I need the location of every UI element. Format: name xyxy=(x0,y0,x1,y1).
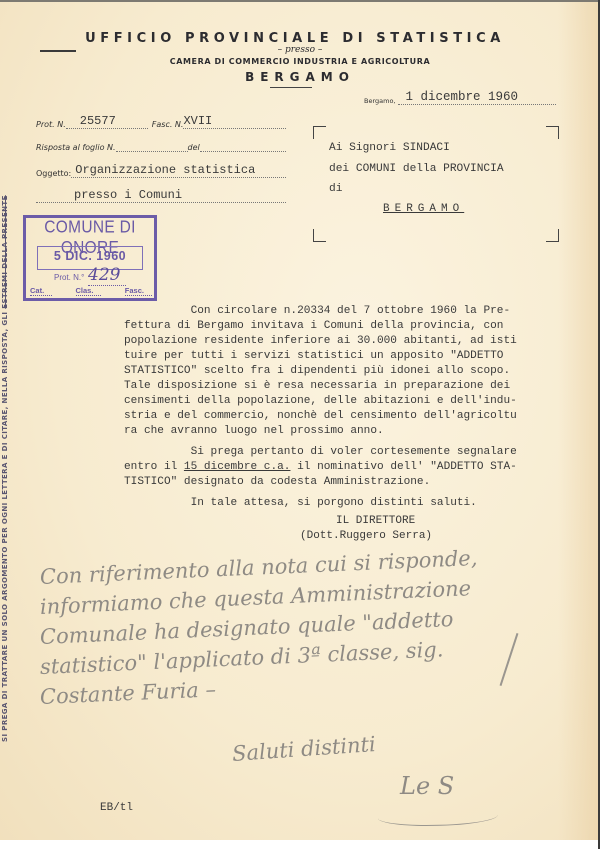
risposta-label: Risposta al foglio N. xyxy=(36,143,116,152)
handwritten-reply: Con riferimento alla nota cui si rispond… xyxy=(40,562,580,712)
handwritten-initials: Le S xyxy=(400,772,454,800)
body-line: TISTICO" designato da codesta Amministra… xyxy=(124,475,564,490)
subject-field: Oggetto: Organizzazione statistica xyxy=(36,163,286,178)
body-line: stria e del commercio, nonchè del censim… xyxy=(124,409,564,424)
reply-field: Risposta al foglio N. del xyxy=(36,139,286,152)
address-corner xyxy=(313,126,326,139)
stamp-cat-label: Cat. xyxy=(30,286,52,296)
body-line: tuire per tutti i servizi statistici un … xyxy=(124,349,564,364)
chamber-name: CAMERA DI COMMERCIO INDUSTRIA E AGRICOLT… xyxy=(60,57,540,66)
stamp-classification: Cat. Clas. Fasc. xyxy=(30,286,152,296)
deadline-post: il nominativo dell' "ADDETTO STA- xyxy=(290,461,516,473)
letter-page: UFFICIO PROVINCIALE DI STATISTICA – pres… xyxy=(0,0,598,840)
body-line-deadline: entro il 15 dicembre c.a. il nominativo … xyxy=(124,460,564,475)
subject-field-continued: presso i Comuni xyxy=(36,188,286,203)
body-line: censimenti della popolazione, delle abit… xyxy=(124,394,564,409)
risposta-value xyxy=(116,139,188,152)
address-corner xyxy=(313,229,326,242)
margin-instruction: SI PREGA DI TRATTARE UN SOLO ARGOMENTO P… xyxy=(1,182,9,742)
address-corner xyxy=(546,229,559,242)
stamp-prot-number: 429 xyxy=(88,265,126,286)
header-city-rule xyxy=(270,87,312,88)
margin-instruction-struck: ESTREMI DELLA PRESENTE xyxy=(1,195,9,309)
del-label: del xyxy=(188,143,200,152)
handwritten-salute: Saluti distinti xyxy=(231,732,376,766)
stamp-prot-label: Prot. N.° xyxy=(54,273,84,282)
received-stamp: COMUNE DI ONORE 5 DIC. 1960 Prot. N.° 42… xyxy=(23,215,157,301)
recipient-line-1: Ai Signori SINDACI xyxy=(329,142,450,154)
stamp-fasc-label: Fasc. xyxy=(125,286,152,296)
letter-body: Con circolare n.20334 del 7 ottobre 1960… xyxy=(124,304,564,511)
address-corner xyxy=(546,126,559,139)
letter-date: 1 dicembre 1960 xyxy=(398,90,556,105)
recipient-line-2: dei COMUNI della PROVINCIA xyxy=(329,163,504,175)
protocol-field: Prot. N. 25577 Fasc. N. XVII xyxy=(36,114,286,129)
date-place-label: Bergamo, xyxy=(364,97,396,105)
subject-line-2: presso i Comuni xyxy=(36,188,286,203)
fasc-label: Fasc. N. xyxy=(152,120,184,129)
office-title: UFFICIO PROVINCIALE DI STATISTICA xyxy=(60,31,530,46)
prot-value: 25577 xyxy=(66,114,148,129)
body-line: Si prega pertanto di voler cortesemente … xyxy=(124,445,564,460)
subject-line-1: Organizzazione statistica xyxy=(71,163,286,178)
fasc-value: XVII xyxy=(183,114,286,129)
prot-label: Prot. N. xyxy=(36,120,66,129)
body-line: Con circolare n.20334 del 7 ottobre 1960… xyxy=(124,304,564,319)
deadline-pre: entro il xyxy=(124,461,184,473)
signatory-title: IL DIRETTORE xyxy=(300,514,500,529)
recipient-address: Ai Signori SINDACI dei COMUNI della PROV… xyxy=(313,126,559,242)
deadline-date: 15 dicembre c.a. xyxy=(184,461,291,473)
del-value xyxy=(200,139,286,152)
body-line: popolazione residente inferiore ai 30.00… xyxy=(124,334,564,349)
presso-label: – presso – xyxy=(60,45,540,55)
recipient-city: BERGAMO xyxy=(383,203,464,215)
date-line: Bergamo, 1 dicembre 1960 xyxy=(364,90,556,105)
body-line: Tale disposizione si è resa necessaria i… xyxy=(124,379,564,394)
margin-instruction-text: SI PREGA DI TRATTARE UN SOLO ARGOMENTO P… xyxy=(1,312,9,742)
oggetto-label: Oggetto: xyxy=(36,169,71,178)
body-line: STATISTICO" scelto fra i dipendenti più … xyxy=(124,364,564,379)
body-line: ra che avranno luogo nel prossimo anno. xyxy=(124,424,564,439)
body-line: fettura di Bergamo invitava i Comuni del… xyxy=(124,319,564,334)
stamp-date: 5 DIC. 1960 xyxy=(38,249,142,263)
header-city: BERGAMO xyxy=(60,70,540,84)
signature-block: IL DIRETTORE (Dott.Ruggero Serra) xyxy=(300,514,500,544)
recipient-line-3: di xyxy=(329,183,342,195)
typist-reference: EB/tl xyxy=(100,802,133,814)
stamp-clas-label: Clas. xyxy=(76,286,102,296)
signatory-name: (Dott.Ruggero Serra) xyxy=(300,529,500,544)
signature-flourish xyxy=(378,807,498,826)
closing-line: In tale attesa, si porgono distinti salu… xyxy=(124,496,564,511)
